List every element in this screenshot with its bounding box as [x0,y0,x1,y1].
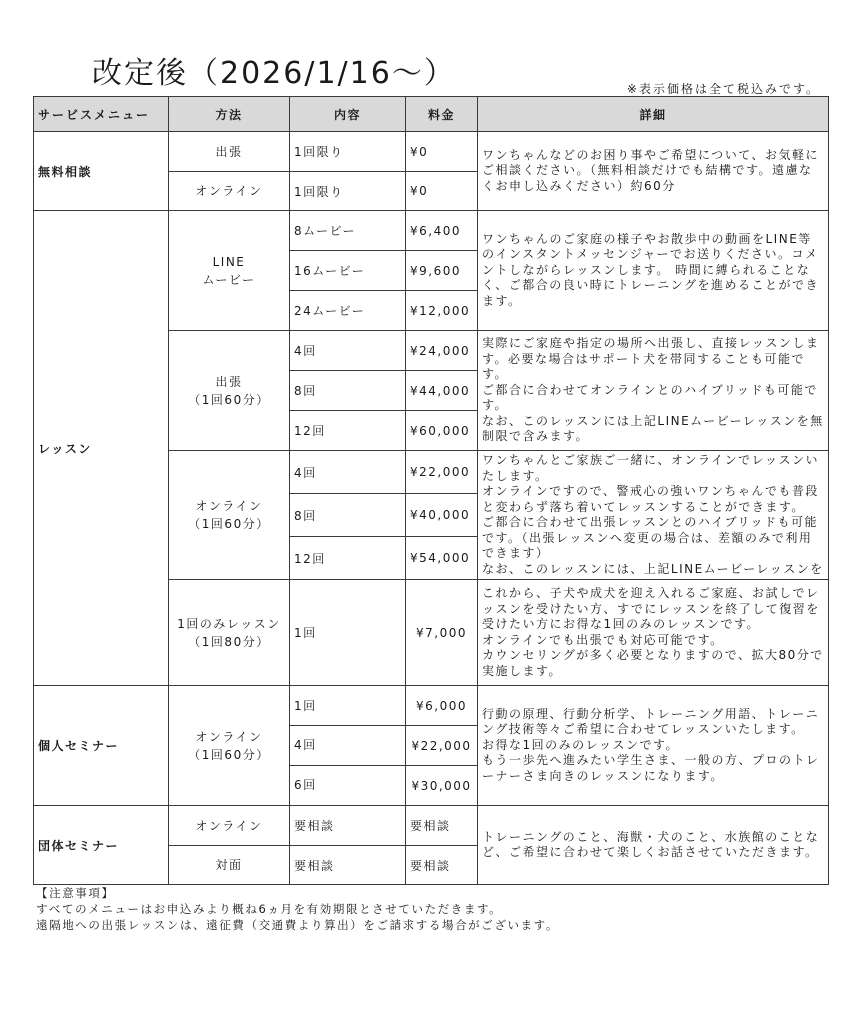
price-cell: ¥40,000 [406,494,478,537]
method-cell: 出張 [169,132,290,172]
price-cell: ¥0 [406,132,478,172]
price-cell: 要相談 [406,846,478,885]
price-cell: ¥54,000 [406,537,478,580]
header-service-menu: サービスメニュー [34,97,169,132]
content-cell: 1回限り [290,132,406,172]
method-cell: LINE ムービー [169,211,290,331]
detail-cell: ワンちゃんなどのお困り事やご希望について、お気軽にご相談ください。（無料相談だけ… [478,132,829,211]
notes-line: 遠隔地への出張レッスンは、遠征費（交通費より算出）をご請求する場合がございます。 [36,917,559,933]
price-cell: 要相談 [406,806,478,846]
content-cell: 1回 [290,686,406,726]
header-detail: 詳細 [478,97,829,132]
content-cell: 8ムービー [290,211,406,251]
content-cell: 12回 [290,411,406,451]
table-row: 団体セミナー オンライン 要相談 要相談 トレーニングのこと、海獣・犬のこと、水… [34,806,829,846]
detail-cell: 行動の原理、行動分析学、トレーニング用語、トレーニング技術等々ご希望に合わせてレ… [478,686,829,806]
page-title: 改定後（2026/1/16～） [92,48,456,92]
price-cell: ¥60,000 [406,411,478,451]
menu-lesson: レッスン [34,211,169,686]
method-cell: オンライン [169,806,290,846]
table-row: 個人セミナー オンライン （1回60分） 1回 ¥6,000 行動の原理、行動分… [34,686,829,726]
method-cell: オンライン （1回60分） [169,686,290,806]
content-cell: 24ムービー [290,291,406,331]
menu-group-seminar: 団体セミナー [34,806,169,885]
detail-cell: これから、子犬や成犬を迎え入れるご家庭、お試しでレッスンを受けたい方、すでにレッ… [478,580,829,686]
method-cell: 対面 [169,846,290,885]
detail-cell: 実際にご家庭や指定の場所へ出張し、直接レッスンします。必要な場合はサポート犬を帯… [478,331,829,451]
header-method: 方法 [169,97,290,132]
menu-free-consultation: 無料相談 [34,132,169,211]
table-row: レッスン LINE ムービー 8ムービー ¥6,400 ワンちゃんのご家庭の様子… [34,211,829,251]
menu-individual-seminar: 個人セミナー [34,686,169,806]
content-cell: 1回 [290,580,406,686]
table-row: 無料相談 出張 1回限り ¥0 ワンちゃんなどのお困り事やご希望について、お気軽… [34,132,829,172]
header-content: 内容 [290,97,406,132]
content-cell: 8回 [290,371,406,411]
content-cell: 12回 [290,537,406,580]
tax-note: ※表示価格は全て税込みです。 [627,80,820,97]
price-cell: ¥22,000 [406,451,478,494]
detail-cell: ワンちゃんのご家庭の様子やお散歩中の動画をLINE等のインスタントメッセンジャー… [478,211,829,331]
price-cell: ¥44,000 [406,371,478,411]
price-cell: ¥0 [406,172,478,211]
content-cell: 16ムービー [290,251,406,291]
price-cell: ¥22,000 [406,726,478,766]
header-price: 料金 [406,97,478,132]
price-cell: ¥9,600 [406,251,478,291]
content-cell: 要相談 [290,806,406,846]
price-cell: ¥30,000 [406,766,478,806]
price-cell: ¥6,000 [406,686,478,726]
content-cell: 8回 [290,494,406,537]
price-cell: ¥7,000 [406,580,478,686]
price-table: サービスメニュー 方法 内容 料金 詳細 無料相談 出張 1回限り ¥0 ワンち… [33,96,829,885]
notes-line: すべてのメニューはお申込みより概ね6ヵ月を有効期限とさせていただきます。 [36,901,559,917]
price-cell: ¥6,400 [406,211,478,251]
table-header-row: サービスメニュー 方法 内容 料金 詳細 [34,97,829,132]
content-cell: 6回 [290,766,406,806]
method-cell: 出張 （1回60分） [169,331,290,451]
detail-cell: トレーニングのこと、海獣・犬のこと、水族館のことなど、ご希望に合わせて楽しくお話… [478,806,829,885]
content-cell: 4回 [290,331,406,371]
method-cell: オンライン （1回60分） [169,451,290,580]
method-cell: 1回のみレッスン （1回80分） [169,580,290,686]
price-cell: ¥24,000 [406,331,478,371]
content-cell: 要相談 [290,846,406,885]
notes-section: 【注意事項】 すべてのメニューはお申込みより概ね6ヵ月を有効期限とさせていただき… [36,885,559,933]
detail-text: ワンちゃんとご家族ご一緒に、オンラインでレッスンいたします。 オンラインですので… [482,453,824,577]
content-cell: 4回 [290,451,406,494]
notes-heading: 【注意事項】 [36,885,559,901]
detail-cell: ワンちゃんとご家族ご一緒に、オンラインでレッスンいたします。 オンラインですので… [478,451,829,580]
price-cell: ¥12,000 [406,291,478,331]
content-cell: 4回 [290,726,406,766]
method-cell: オンライン [169,172,290,211]
content-cell: 1回限り [290,172,406,211]
